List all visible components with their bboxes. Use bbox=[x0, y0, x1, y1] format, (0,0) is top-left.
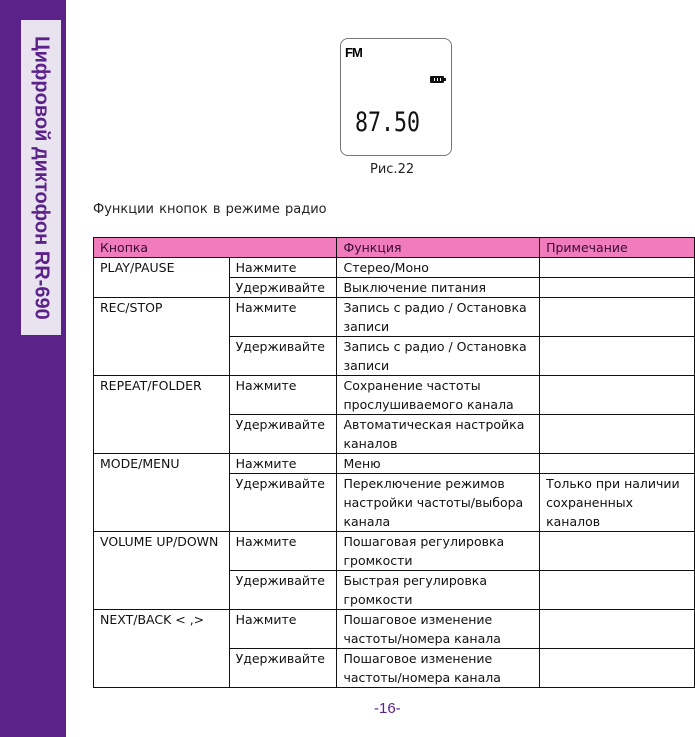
table-row: REPEAT/FOLDERНажмитеСохранение частоты п… bbox=[94, 376, 695, 415]
figure-caption: Рис.22 bbox=[370, 162, 414, 177]
note-cell bbox=[540, 376, 695, 415]
button-name-cell: NEXT/BACK < ,> bbox=[94, 610, 230, 688]
function-cell: Пошаговое изменение частоты/номера канал… bbox=[337, 649, 540, 688]
note-cell bbox=[540, 278, 695, 298]
note-cell bbox=[540, 532, 695, 571]
frequency-readout: 87.50 bbox=[355, 107, 420, 138]
action-cell: Нажмите bbox=[229, 610, 337, 649]
function-cell: Пошаговая регулировка громкости bbox=[337, 532, 540, 571]
table-row: REC/STOPНажмитеЗапись с радио / Остановк… bbox=[94, 298, 695, 337]
lcd-display-figure: FM 87.50 bbox=[340, 38, 452, 156]
note-cell bbox=[540, 454, 695, 474]
function-cell: Сохранение частоты прослушиваемого канал… bbox=[337, 376, 540, 415]
function-cell: Стерео/Моно bbox=[337, 258, 540, 278]
note-cell bbox=[540, 337, 695, 376]
table-row: PLAY/PAUSEНажмитеСтерео/Моно bbox=[94, 258, 695, 278]
page-number: -16- bbox=[374, 700, 401, 717]
function-cell: Запись с радио / Остановка записи bbox=[337, 337, 540, 376]
action-cell: Нажмите bbox=[229, 532, 337, 571]
document-title: Цифровой диктофон RR-690 bbox=[21, 20, 61, 335]
section-title: Функции кнопок в режиме радио bbox=[93, 202, 327, 217]
function-cell: Меню bbox=[337, 454, 540, 474]
action-cell: Удерживайте bbox=[229, 415, 337, 454]
button-name-cell: MODE/MENU bbox=[94, 454, 230, 532]
note-cell bbox=[540, 571, 695, 610]
function-cell: Переключение режимов настройки частоты/в… bbox=[337, 474, 540, 532]
action-cell: Удерживайте bbox=[229, 337, 337, 376]
note-cell bbox=[540, 415, 695, 454]
action-cell: Нажмите bbox=[229, 258, 337, 278]
button-name-cell: REC/STOP bbox=[94, 298, 230, 376]
table-row: VOLUME UP/DOWNНажмитеПошаговая регулиров… bbox=[94, 532, 695, 571]
button-name-cell: PLAY/PAUSE bbox=[94, 258, 230, 298]
action-cell: Удерживайте bbox=[229, 649, 337, 688]
note-cell bbox=[540, 298, 695, 337]
action-cell: Нажмите bbox=[229, 454, 337, 474]
function-cell: Быстрая регулировка громкости bbox=[337, 571, 540, 610]
action-cell: Удерживайте bbox=[229, 571, 337, 610]
action-cell: Нажмите bbox=[229, 298, 337, 337]
note-cell: Только при наличии сохраненных каналов bbox=[540, 474, 695, 532]
table-row: NEXT/BACK < ,>НажмитеПошаговое изменение… bbox=[94, 610, 695, 649]
button-name-cell: VOLUME UP/DOWN bbox=[94, 532, 230, 610]
action-cell: Удерживайте bbox=[229, 474, 337, 532]
header-function: Функция bbox=[337, 238, 540, 258]
header-note: Примечание bbox=[540, 238, 695, 258]
battery-full-icon bbox=[430, 76, 444, 83]
note-cell bbox=[540, 610, 695, 649]
function-cell: Выключение питания bbox=[337, 278, 540, 298]
function-cell: Автоматическая настройка каналов bbox=[337, 415, 540, 454]
action-cell: Нажмите bbox=[229, 376, 337, 415]
action-cell: Удерживайте bbox=[229, 278, 337, 298]
note-cell bbox=[540, 649, 695, 688]
table-header-row: Кнопка Функция Примечание bbox=[94, 238, 695, 258]
function-cell: Пошаговое изменение частоты/номера канал… bbox=[337, 610, 540, 649]
note-cell bbox=[540, 258, 695, 278]
header-button: Кнопка bbox=[94, 238, 337, 258]
table-row: MODE/MENUНажмитеМеню bbox=[94, 454, 695, 474]
function-cell: Запись с радио / Остановка записи bbox=[337, 298, 540, 337]
fm-indicator: FM bbox=[345, 45, 362, 60]
button-functions-table: Кнопка Функция Примечание PLAY/PAUSEНажм… bbox=[93, 237, 695, 688]
button-name-cell: REPEAT/FOLDER bbox=[94, 376, 230, 454]
